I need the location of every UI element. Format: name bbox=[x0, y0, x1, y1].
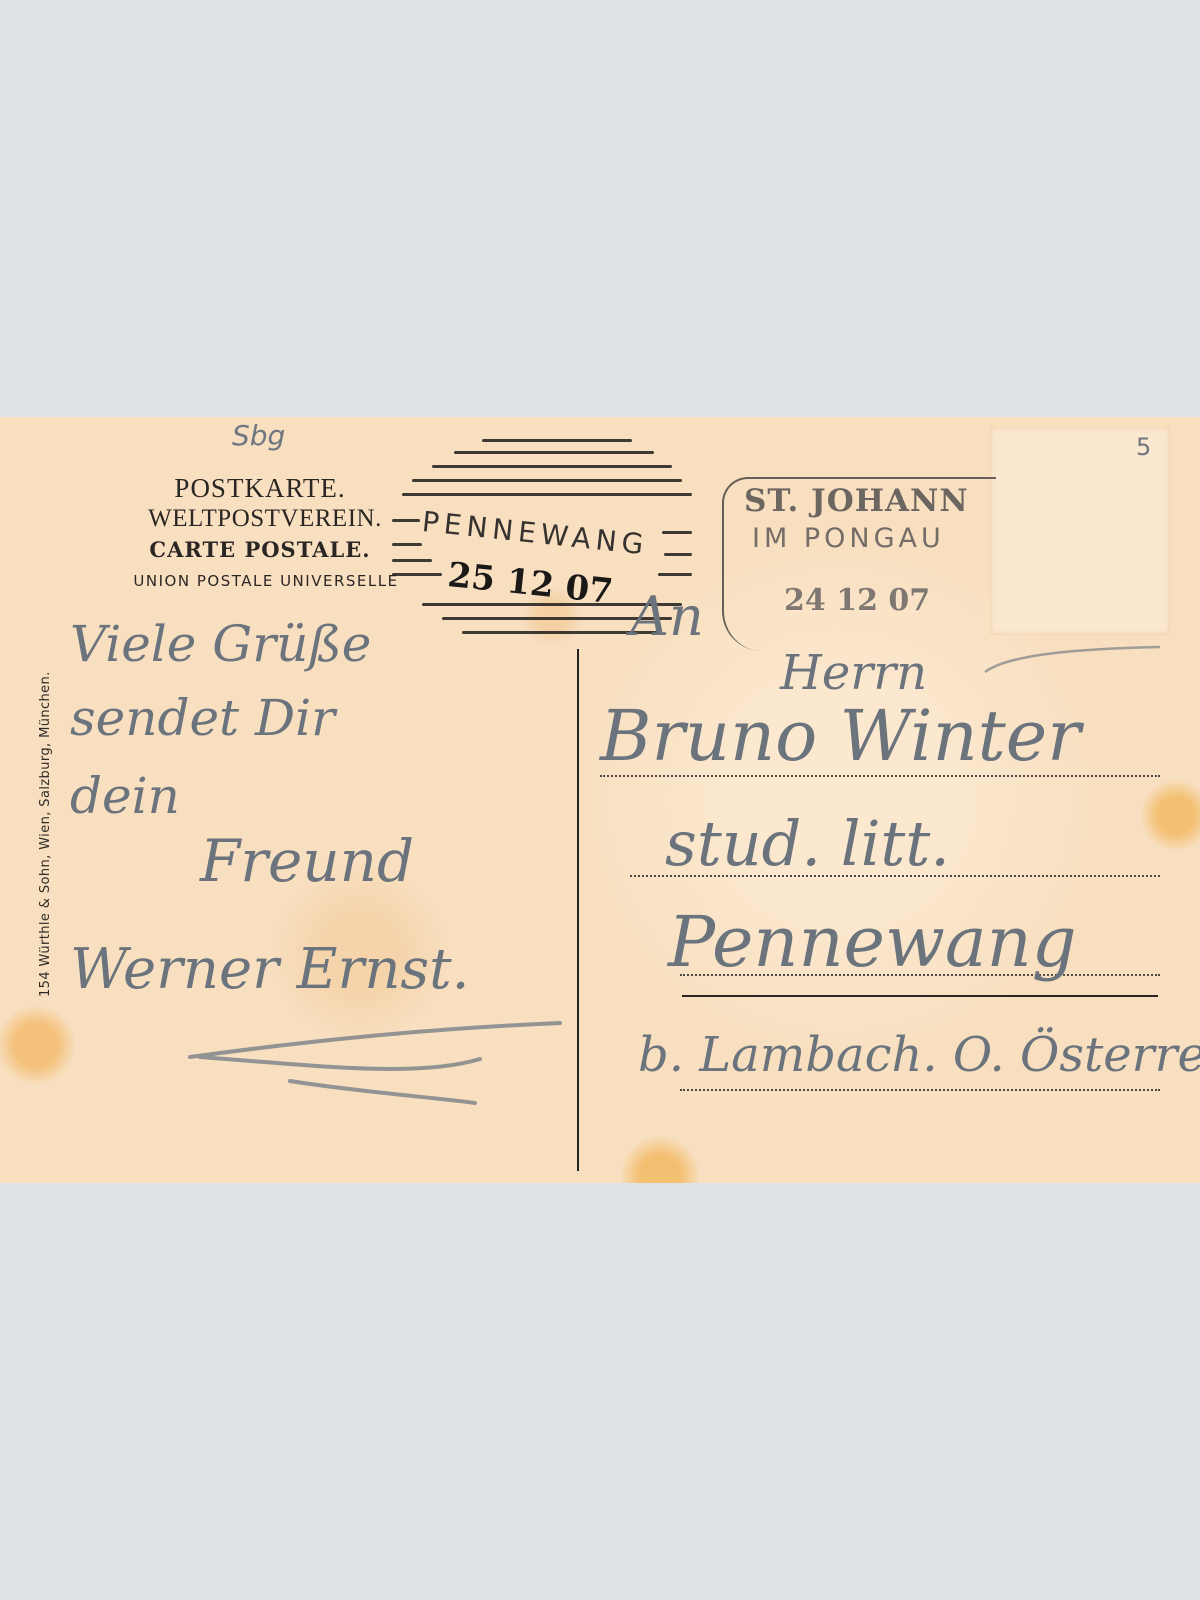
postmark-st-johann: ST. JOHANN IM PONGAU 24 12 07 bbox=[722, 477, 996, 651]
postmark-town: PENNEWANG bbox=[421, 505, 650, 562]
message-line: dein bbox=[70, 767, 180, 825]
catalog-mark: Sbg bbox=[232, 419, 285, 452]
postmark-town-line2: IM PONGAU bbox=[752, 523, 945, 554]
address-salutation: An bbox=[630, 585, 704, 648]
header-carte-postale: CARTE POSTALE. bbox=[120, 537, 400, 562]
postmark-town-line1: ST. JOHANN bbox=[744, 483, 969, 519]
divider-line bbox=[577, 649, 579, 1171]
address-town: Pennewang bbox=[668, 901, 1077, 983]
postcard: Sbg 5 POSTKARTE. WELTPOSTVEREIN. CARTE P… bbox=[0, 417, 1200, 1183]
postmark-date: 24 12 07 bbox=[784, 583, 930, 618]
address-rule-solid bbox=[682, 995, 1158, 997]
header-postkarte: POSTKARTE. bbox=[120, 473, 400, 504]
address-occupation: stud. litt. bbox=[665, 807, 950, 880]
message-line: Viele Grüße bbox=[70, 615, 371, 673]
message-signature: Werner Ernst. bbox=[70, 937, 469, 1002]
header-weltpostverein: WELTPOSTVEREIN. bbox=[110, 505, 420, 533]
printer-imprint: 154 Würthle & Sohn, Wien, Salzburg, Münc… bbox=[38, 671, 53, 997]
header-union-postale: UNION POSTALE UNIVERSELLE bbox=[96, 572, 436, 590]
address-name: Bruno Winter bbox=[600, 695, 1081, 777]
address-title: Herrn bbox=[780, 645, 927, 701]
corner-mark: 5 bbox=[1136, 433, 1151, 461]
message-line: Freund bbox=[200, 827, 414, 895]
address-region: b. Lambach. O. Österreich bbox=[638, 1027, 1200, 1083]
address-rule bbox=[680, 1089, 1160, 1091]
message-line: sendet Dir bbox=[70, 689, 335, 747]
